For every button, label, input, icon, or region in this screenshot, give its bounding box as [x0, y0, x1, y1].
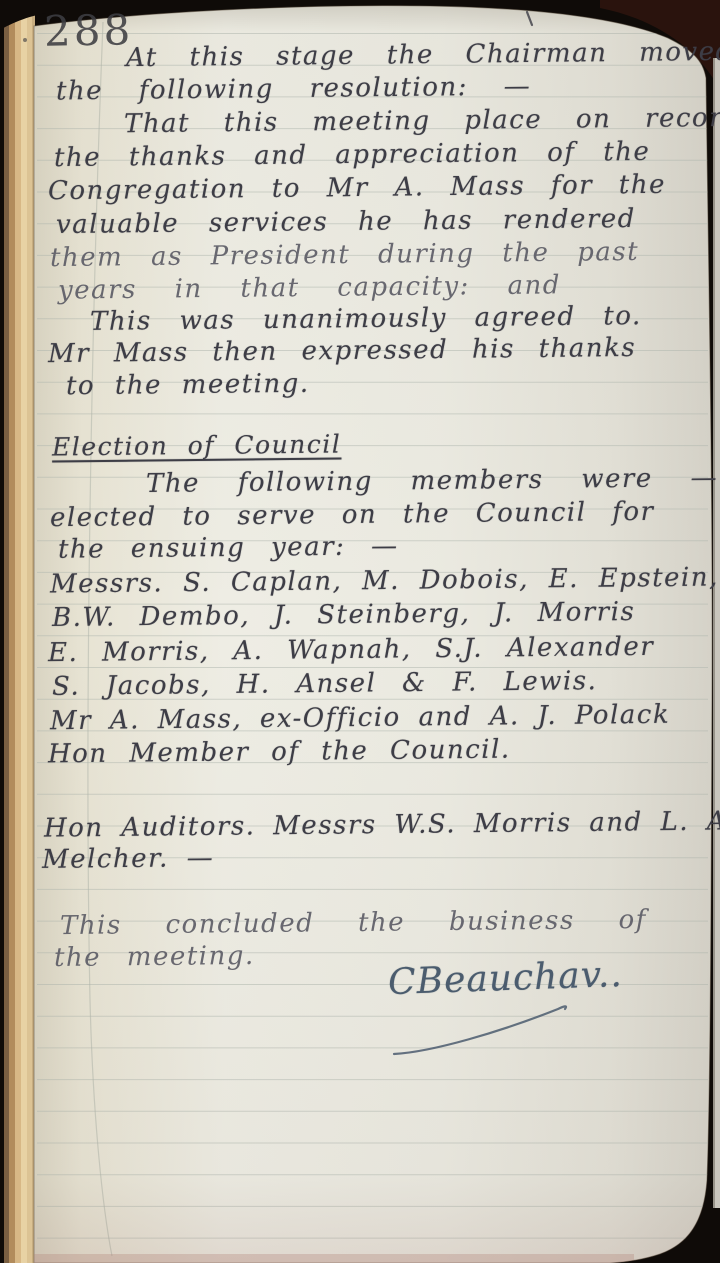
handwriting-line: B.W. Dembo, J. Steinberg, J. Morris [52, 597, 636, 633]
page-number: 288 [44, 5, 134, 56]
handwriting-line: elected to serve on the Council for [50, 497, 655, 533]
handwriting-line: the following resolution: — [56, 72, 531, 107]
section-heading-election: Election of Council [52, 429, 342, 461]
handwriting-line: to the meeting. [66, 369, 310, 402]
handwriting-line: Mr A. Mass, ex-Officio and A. J. Polack [50, 700, 670, 736]
handwriting-line: Melcher. — [42, 843, 214, 875]
handwriting-line: E. Morris, A. Wapnah, S.J. Alexander [48, 632, 654, 668]
handwriting-line: The following members were — [146, 463, 718, 499]
handwriting-line: valuable services he has rendered [56, 204, 636, 240]
handwriting-line: S. Jacobs, H. Ansel & F. Lewis. [52, 666, 598, 702]
handwriting-line: the thanks and appreciation of the [54, 137, 651, 173]
handwriting-line: This concluded the business of [60, 905, 647, 941]
handwriting-line: Hon Member of the Council. [48, 735, 511, 770]
minute-book-photo: 288 At this stage the Chairman moved the… [0, 0, 720, 1263]
handwriting-line: This was unanimously agreed to. [90, 301, 642, 337]
handwriting-line: Congregation to Mr A. Mass for the [48, 170, 666, 206]
handwriting-line: That this meeting place on record [124, 103, 720, 139]
handwriting-line: the meeting. [54, 941, 255, 973]
handwriting-line: them as President during the past [50, 237, 639, 273]
handwriting-line: Mr Mass then expressed his thanks [48, 333, 636, 369]
handwriting-line: Hon Auditors. Messrs W.S. Morris and L. … [44, 806, 720, 843]
handwriting-line: the ensuing year: — [58, 531, 399, 565]
handwriting-layer: 288 At this stage the Chairman moved the… [0, 0, 720, 1263]
handwriting-line: Messrs. S. Caplan, M. Dobois, E. Epstein… [50, 562, 719, 599]
handwriting-line: years in that capacity: and [58, 270, 561, 305]
signature: CBeauchav.. [387, 954, 623, 1003]
handwriting-line: At this stage the Chairman moved [126, 37, 720, 73]
